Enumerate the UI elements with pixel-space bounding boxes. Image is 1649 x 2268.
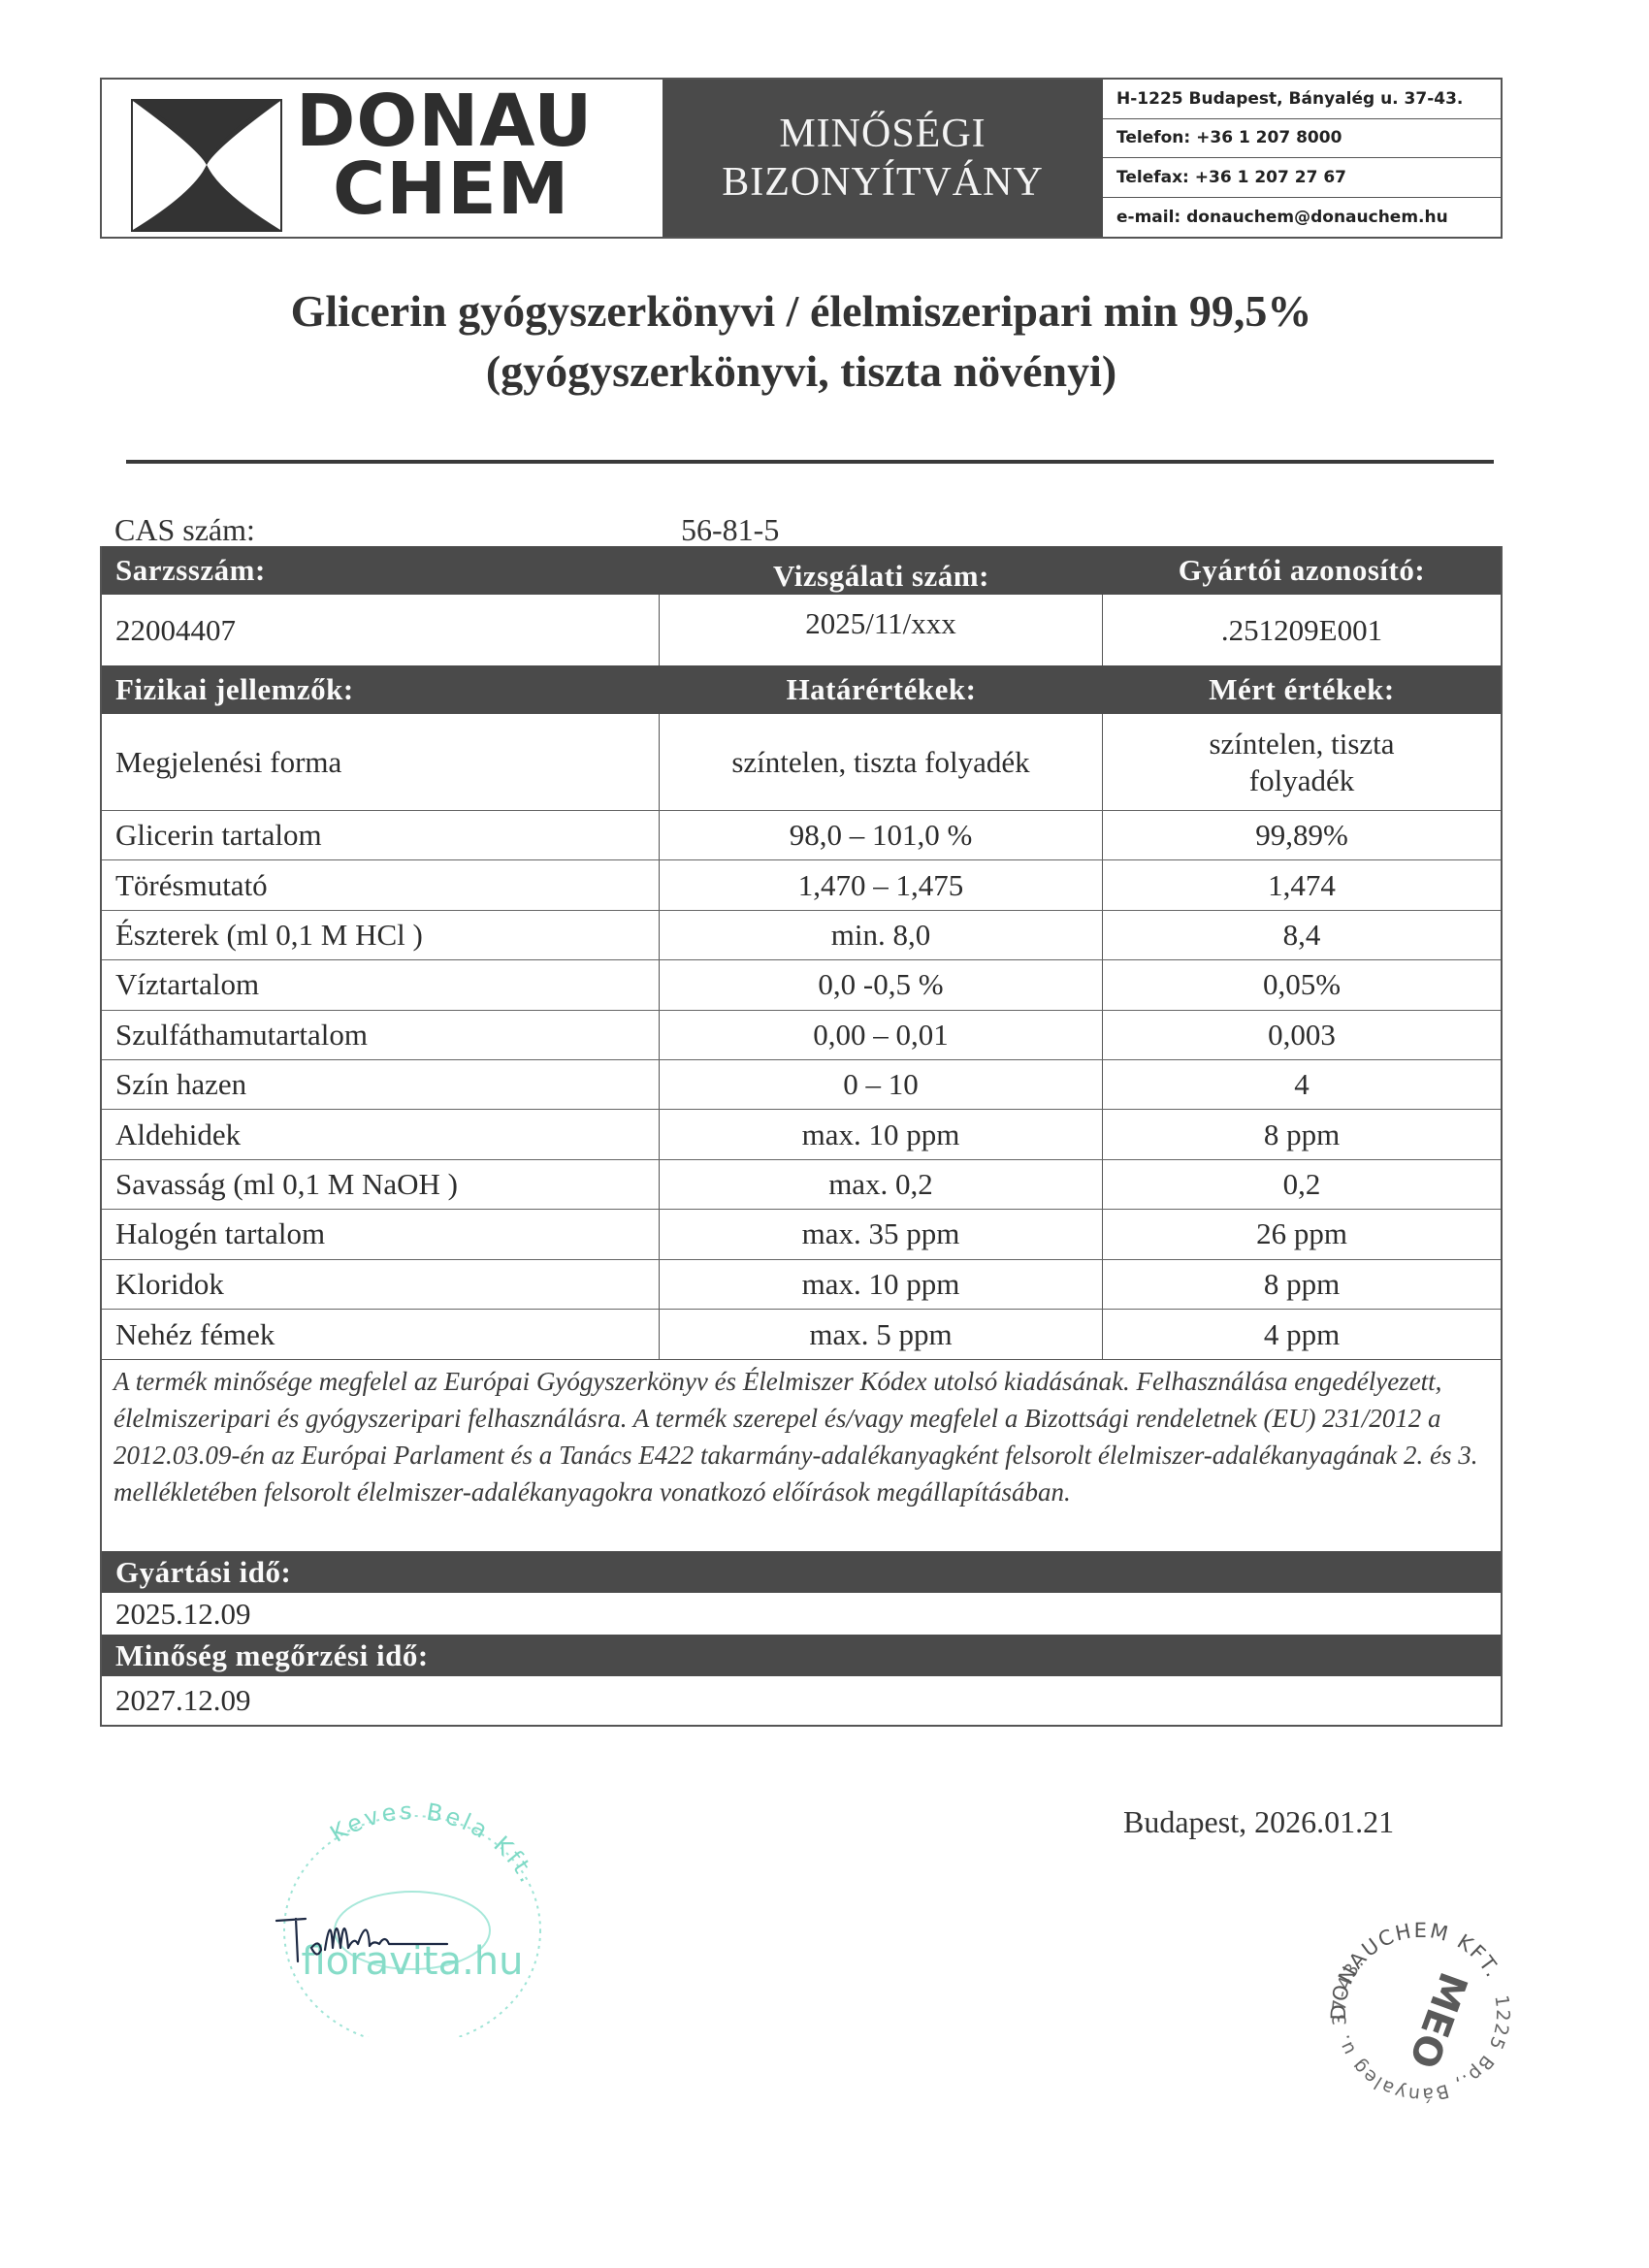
certificate-title-block: MINŐSÉGI BIZONYÍTVÁNY xyxy=(663,80,1103,237)
property-name: Savasság (ml 0,1 M NaOH ) xyxy=(102,1160,660,1209)
physical-properties-table: Fizikai jellemzők: Határértékek: Mért ér… xyxy=(100,665,1503,1360)
production-date-header: Gyártási idő: xyxy=(102,1551,1501,1593)
property-name: Megjelenési forma xyxy=(102,714,660,810)
meo-quality-stamp: 1225 Bp., Bányaleg u. 37-43. DONAUCHEM K… xyxy=(1319,1911,1523,2115)
brand-wordmark: DONAU CHEM xyxy=(296,87,655,223)
header-property: Fizikai jellemzők: xyxy=(102,672,660,707)
measured-value: 8,4 xyxy=(1103,911,1501,959)
best-before-header: Minőség megőrzési idő: xyxy=(102,1635,1501,1676)
limit-value: 98,0 – 101,0 % xyxy=(660,811,1103,859)
property-name: Észterek (ml 0,1 M HCl ) xyxy=(102,911,660,959)
property-name: Halogén tartalom xyxy=(102,1210,660,1258)
table-row: Megjelenési formaszíntelen, tiszta folya… xyxy=(102,714,1501,811)
batch-number-value: 22004407 xyxy=(102,595,660,665)
limit-value: 0 – 10 xyxy=(660,1060,1103,1109)
brand-line-1: DONAU xyxy=(296,87,655,155)
place-and-date: Budapest, 2026.01.21 xyxy=(1123,1804,1394,1840)
table-row: Szulfáthamutartalom0,00 – 0,010,003 xyxy=(102,1011,1501,1060)
table-row: Szín hazen0 – 104 xyxy=(102,1060,1501,1110)
limit-value: min. 8,0 xyxy=(660,911,1103,959)
contact-block: H-1225 Budapest, Bányalég u. 37-43. Tele… xyxy=(1103,80,1501,237)
table-row: Víztartalom0,0 -0,5 %0,05% xyxy=(102,960,1501,1010)
measured-value: 26 ppm xyxy=(1103,1210,1501,1258)
limit-value: 0,00 – 0,01 xyxy=(660,1011,1103,1059)
production-date-value: 2025.12.09 xyxy=(102,1593,251,1635)
svg-text:Keves Bela Kft.: Keves Bela Kft. xyxy=(325,1798,542,1890)
measured-value: színtelen, tiszta folyadék xyxy=(1103,714,1501,810)
property-name: Glicerin tartalom xyxy=(102,811,660,859)
cas-value: 56-81-5 xyxy=(681,512,779,548)
limit-value: max. 10 ppm xyxy=(660,1110,1103,1158)
measured-value: 4 xyxy=(1103,1060,1501,1109)
batch-table: Sarzsszám: Vizsgálati szám: Gyártói azon… xyxy=(100,546,1503,665)
measured-value: 0,003 xyxy=(1103,1011,1501,1059)
property-name: Szulfáthamutartalom xyxy=(102,1011,660,1059)
limit-value: max. 0,2 xyxy=(660,1160,1103,1209)
product-title-line-2: (gyógyszerkönyvi, tiszta növényi) xyxy=(100,341,1503,402)
brand-line-2: CHEM xyxy=(296,155,655,223)
measured-value: 99,89% xyxy=(1103,811,1501,859)
property-name: Aldehidek xyxy=(102,1110,660,1158)
table-row: Glicerin tartalom98,0 – 101,0 %99,89% xyxy=(102,811,1501,860)
limit-value: max. 35 ppm xyxy=(660,1210,1103,1258)
table-row: Észterek (ml 0,1 M HCl )min. 8,08,4 xyxy=(102,911,1501,960)
header-measured: Mért értékek: xyxy=(1103,672,1501,707)
contact-email: e-mail: donauchem@donauchem.hu xyxy=(1103,198,1501,238)
property-name: Kloridok xyxy=(102,1260,660,1309)
property-name: Nehéz fémek xyxy=(102,1310,660,1359)
certificate-title-line-1: MINŐSÉGI xyxy=(663,110,1103,158)
property-name: Víztartalom xyxy=(102,960,660,1009)
header-test-number: Vizsgálati szám: xyxy=(660,547,1103,594)
table-row: Halogén tartalommax. 35 ppm26 ppm xyxy=(102,1210,1501,1259)
limit-value: 1,470 – 1,475 xyxy=(660,860,1103,909)
physical-table-body: Megjelenési formaszíntelen, tiszta folya… xyxy=(102,714,1501,1359)
letterhead: DONAU CHEM MINŐSÉGI BIZONYÍTVÁNY H-1225 … xyxy=(100,78,1503,239)
physical-table-header: Fizikai jellemzők: Határértékek: Mért ér… xyxy=(102,665,1501,714)
contact-phone: Telefon: +36 1 207 8000 xyxy=(1103,119,1501,159)
table-row: Savasság (ml 0,1 M NaOH )max. 0,20,2 xyxy=(102,1160,1501,1210)
production-date-row: 2025.12.09 xyxy=(102,1593,1501,1635)
measured-value: 8 ppm xyxy=(1103,1110,1501,1158)
table-row: Törésmutató1,470 – 1,4751,474 xyxy=(102,860,1501,910)
property-name: Törésmutató xyxy=(102,860,660,909)
product-title-line-1: Glicerin gyógyszerkönyvi / élelmiszeripa… xyxy=(100,281,1503,341)
table-row: Aldehidekmax. 10 ppm8 ppm xyxy=(102,1110,1501,1159)
table-row: Kloridokmax. 10 ppm8 ppm xyxy=(102,1260,1501,1310)
best-before-value: 2027.12.09 xyxy=(102,1676,251,1725)
contact-fax: Telefax: +36 1 207 27 67 xyxy=(1103,158,1501,198)
compliance-statement: A termék minősége megfelel az Európai Gy… xyxy=(100,1359,1503,1551)
batch-table-row: 22004407 2025/11/xxx .251209E001 xyxy=(102,595,1501,665)
svg-text:DONAUCHEM KFT.: DONAUCHEM KFT. xyxy=(1319,1911,1506,2037)
title-divider xyxy=(126,460,1494,464)
table-row: Nehéz fémekmax. 5 ppm4 ppm xyxy=(102,1310,1501,1359)
certificate-title-line-2: BIZONYÍTVÁNY xyxy=(663,158,1103,207)
measured-value: 4 ppm xyxy=(1103,1310,1501,1359)
svg-text:floravita.hu: floravita.hu xyxy=(301,1939,523,1984)
best-before-row: 2027.12.09 xyxy=(102,1676,1501,1725)
company-stamp-with-signature: Keves Bela Kft. floravita.hu xyxy=(247,1785,577,2037)
header-limits: Határértékek: xyxy=(660,672,1103,707)
batch-table-header: Sarzsszám: Vizsgálati szám: Gyártói azon… xyxy=(102,546,1501,595)
header-manufacturer-id: Gyártói azonosító: xyxy=(1103,553,1501,588)
dates-table: Gyártási idő: 2025.12.09 Minőség megőrzé… xyxy=(100,1551,1503,1727)
donauchem-logo-icon xyxy=(131,99,282,232)
limit-value: max. 10 ppm xyxy=(660,1260,1103,1309)
measured-value: 0,2 xyxy=(1103,1160,1501,1209)
limit-value: 0,0 -0,5 % xyxy=(660,960,1103,1009)
test-number-value: 2025/11/xxx xyxy=(660,595,1103,665)
product-title: Glicerin gyógyszerkönyvi / élelmiszeripa… xyxy=(100,281,1503,402)
measured-value: 8 ppm xyxy=(1103,1260,1501,1309)
property-name: Szín hazen xyxy=(102,1060,660,1109)
limit-value: színtelen, tiszta folyadék xyxy=(660,714,1103,810)
contact-address: H-1225 Budapest, Bányalég u. 37-43. xyxy=(1103,80,1501,119)
measured-value: 1,474 xyxy=(1103,860,1501,909)
svg-text:MEO: MEO xyxy=(1400,1966,1475,2074)
measured-value: 0,05% xyxy=(1103,960,1501,1009)
header-batch-number: Sarzsszám: xyxy=(102,553,660,588)
limit-value: max. 5 ppm xyxy=(660,1310,1103,1359)
cas-label: CAS szám: xyxy=(114,512,255,548)
manufacturer-id-value: .251209E001 xyxy=(1103,595,1501,665)
